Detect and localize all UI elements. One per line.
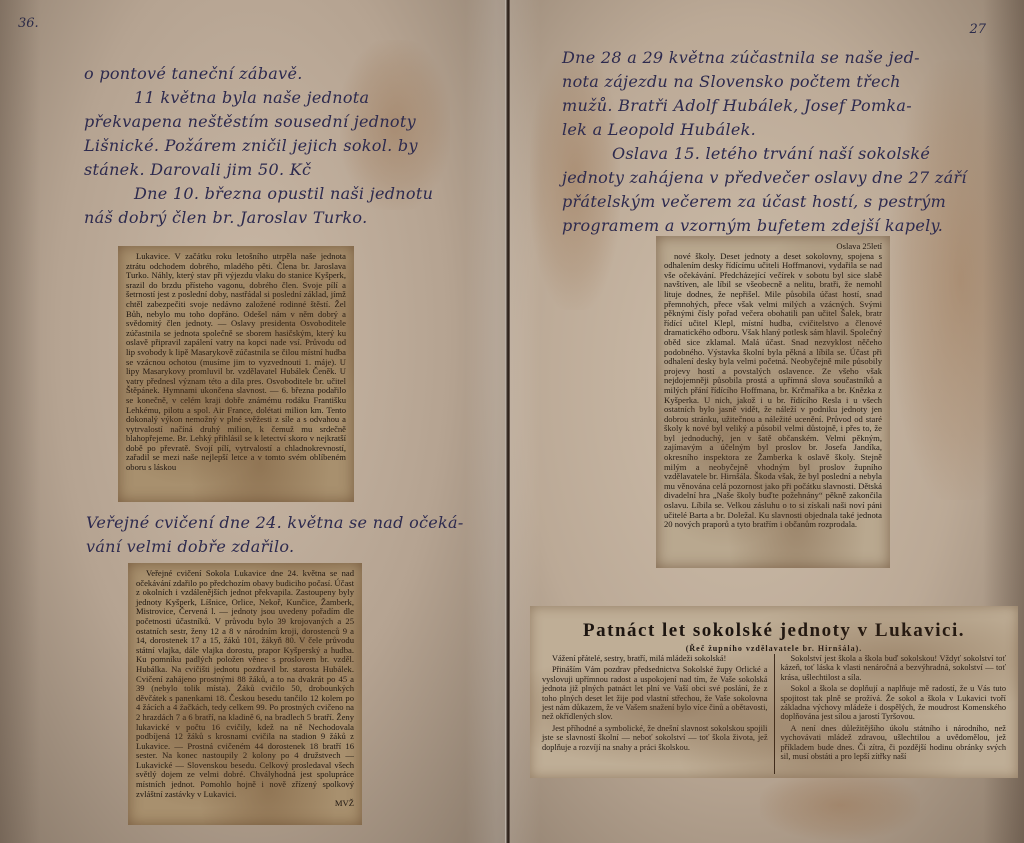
- clipping-paragraph: Sokolství jest škola a škola buď sokolsk…: [781, 654, 1007, 682]
- handwriting-line: přátelským večerem za účast hostí, s pes…: [562, 190, 967, 214]
- handwriting-line: vání velmi dobře zdařilo.: [86, 535, 464, 559]
- newspaper-clipping-public-exercise: Veřejné cvičení Sokola Lukavice dne 24. …: [128, 563, 362, 825]
- newspaper-clipping-school-anniversary: Oslava 25letí nové školy. Deset jednoty …: [656, 236, 890, 568]
- handwriting-line: lek a Leopold Hubálek.: [562, 118, 967, 142]
- clipping-paragraph: Přináším Vám pozdrav předsednictva Sokol…: [542, 665, 768, 721]
- handwriting-line: o pontové taneční zábavě.: [84, 62, 433, 86]
- handwriting-line: nota zájezdu na Slovensko počtem třech: [562, 70, 967, 94]
- clipping-paragraph: nové školy. Deset jednoty a deset sokolo…: [664, 252, 882, 530]
- handwriting-line: jednoty zahájena v předvečer oslavy dne …: [562, 166, 967, 190]
- clipping-headline: Patnáct let sokolské jednoty v Lukavici.: [530, 620, 1018, 642]
- handwritten-entry-right: Dne 28 a 29 května zúčastnila se naše je…: [562, 46, 967, 238]
- clipping-paragraph: Veřejné cvičení Sokola Lukavice dne 24. …: [136, 569, 354, 799]
- clipping-paragraph: Sokol a škola se doplňují a naplňuje mě …: [781, 684, 1007, 722]
- handwriting-line: Dne 10. března opustil naši jednotu: [84, 182, 433, 206]
- left-page: 36. o pontové taneční zábavě. 11 května …: [0, 0, 506, 843]
- clipping-paragraph: Jest příhodné a symbolické, že dnešní sl…: [542, 724, 768, 752]
- handwriting-line: Veřejné cvičení dne 24. května se nad oč…: [86, 511, 464, 535]
- handwriting-line: Oslava 15. letého trvání naší sokolské: [562, 142, 967, 166]
- handwritten-entry-public-exercise: Veřejné cvičení dne 24. května se nad oč…: [86, 511, 464, 559]
- newspaper-clipping-lukavice: Lukavice. V začátku roku letošního utrpě…: [118, 246, 354, 502]
- clipping-paragraph: Lukavice. V začátku roku letošního utrpě…: [126, 252, 346, 473]
- clipping-paragraph: Vážení přátelé, sestry, bratří, milá mlá…: [542, 654, 768, 663]
- handwriting-line: stánek. Darovali jim 50. Kč: [84, 158, 433, 182]
- handwriting-line: náš dobrý člen br. Jaroslav Turko.: [84, 206, 433, 230]
- handwriting-line: překvapena neštěstím sousední jednoty: [84, 110, 433, 134]
- handwritten-entry-top: o pontové taneční zábavě. 11 května byla…: [84, 62, 433, 230]
- clipping-paragraph: A není dnes důležitějšího úkolu státního…: [781, 724, 1007, 762]
- clipping-column-2: Sokolství jest škola a škola buď sokolsk…: [775, 654, 1013, 774]
- handwriting-line: programem a vzorným bufetem zdejší kapel…: [562, 214, 967, 238]
- paper-stain: [760, 770, 920, 840]
- page-number-left: 36.: [18, 16, 39, 31]
- open-book: 36. o pontové taneční zábavě. 11 května …: [0, 0, 1024, 843]
- clipping-signature: MVŽ: [136, 799, 354, 809]
- clipping-columns: Vážení přátelé, sestry, bratří, milá mlá…: [536, 654, 1012, 774]
- handwriting-line: 11 května byla naše jednota: [84, 86, 433, 110]
- handwriting-line: Lišnické. Požárem zničil jejich sokol. b…: [84, 134, 433, 158]
- clipping-subtitle: (Řeč župního vzdělavatele br. Hirnšála).: [530, 644, 1018, 653]
- page-number-right: 27: [969, 22, 986, 37]
- handwriting-line: mužů. Bratři Adolf Hubálek, Josef Pomka-: [562, 94, 967, 118]
- handwriting-line: Dne 28 a 29 května zúčastnila se naše je…: [562, 46, 967, 70]
- clipping-column-1: Vážení přátelé, sestry, bratří, milá mlá…: [536, 654, 774, 774]
- newspaper-clipping-fifteen-years: Patnáct let sokolské jednoty v Lukavici.…: [530, 606, 1018, 778]
